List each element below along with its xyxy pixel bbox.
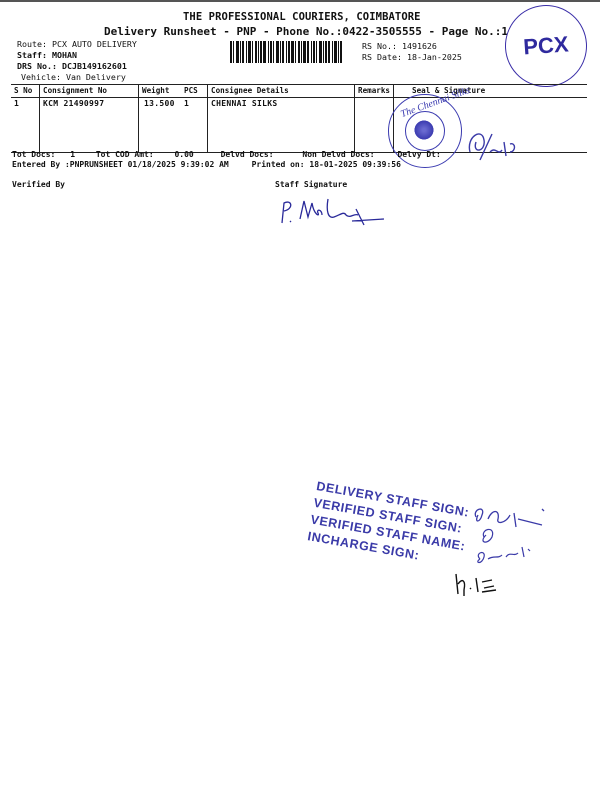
col-sno: S No — [11, 85, 40, 98]
delvy-dt-label: Delvy Dt: — [397, 150, 440, 159]
entered-by-row: Entered By :PNPRUNSHEET 01/18/2025 9:39:… — [12, 160, 401, 169]
route-label: Route: PCX AUTO DELIVERY — [17, 39, 137, 49]
tot-cod-value: 0.00 — [174, 150, 193, 159]
drs-number: DRS No.: DCJB149162601 — [17, 61, 127, 71]
col-weight: Weight — [139, 85, 182, 98]
company-title: THE PROFESSIONAL COURIERS, COIMBATORE — [183, 11, 421, 23]
printed-on: Printed on: 18-01-2025 09:39:56 — [252, 160, 401, 169]
incharge-signature-scribble — [452, 570, 512, 600]
runsheet-subtitle: Delivery Runsheet - PNP - Phone No.:0422… — [104, 25, 508, 38]
cell-sno: 1 — [11, 98, 40, 153]
rs-date: RS Date: 18-Jan-2025 — [362, 52, 462, 62]
pcx-stamp: PCX — [502, 2, 590, 90]
pcx-stamp-text: PCX — [523, 31, 570, 60]
seal-signature-scribble — [462, 122, 522, 167]
tot-docs-value: 1 — [70, 150, 75, 159]
staff-signature-scribble — [278, 195, 388, 235]
delvd-docs-label: Delvd Docs: — [221, 150, 274, 159]
barcode — [230, 41, 358, 63]
col-pcs: PCS — [181, 85, 208, 98]
vehicle-label: Vehicle: Van Delivery — [21, 72, 126, 82]
col-consignee-details: Consignee Details — [208, 85, 355, 98]
non-delvd-docs-label: Non Delvd Docs: — [302, 150, 374, 159]
entered-by: Entered By :PNPRUNSHEET 01/18/2025 9:39:… — [12, 160, 229, 169]
col-remarks: Remarks — [355, 85, 394, 98]
table-header-row: S No Consignment No Weight PCS Consignee… — [11, 85, 587, 98]
verified-by-label: Verified By — [12, 180, 65, 189]
delivery-sign-stamp: DELIVERY STAFF SIGN: VERIFIED STAFF SIGN… — [306, 478, 472, 572]
seal-emblem-icon — [413, 119, 435, 141]
cell-consignment-no: KCM 21490997 — [40, 98, 139, 153]
col-consignment-no: Consignment No — [40, 85, 139, 98]
totals-row: Tot Docs: 1 Tot COD Amt: 0.00 Delvd Docs… — [12, 150, 441, 159]
cell-weight: 13.500 — [139, 98, 182, 153]
rs-number: RS No.: 1491626 — [362, 41, 437, 51]
cell-pcs: 1 — [181, 98, 208, 153]
cell-consignee: CHENNAI SILKS — [208, 98, 355, 153]
tot-cod-label: Tot COD Amt: — [96, 150, 154, 159]
staff-signature-label: Staff Signature — [275, 180, 347, 189]
page-top-edge — [0, 0, 600, 2]
tot-docs-label: Tot Docs: — [12, 150, 55, 159]
staff-label: Staff: MOHAN — [17, 50, 77, 60]
